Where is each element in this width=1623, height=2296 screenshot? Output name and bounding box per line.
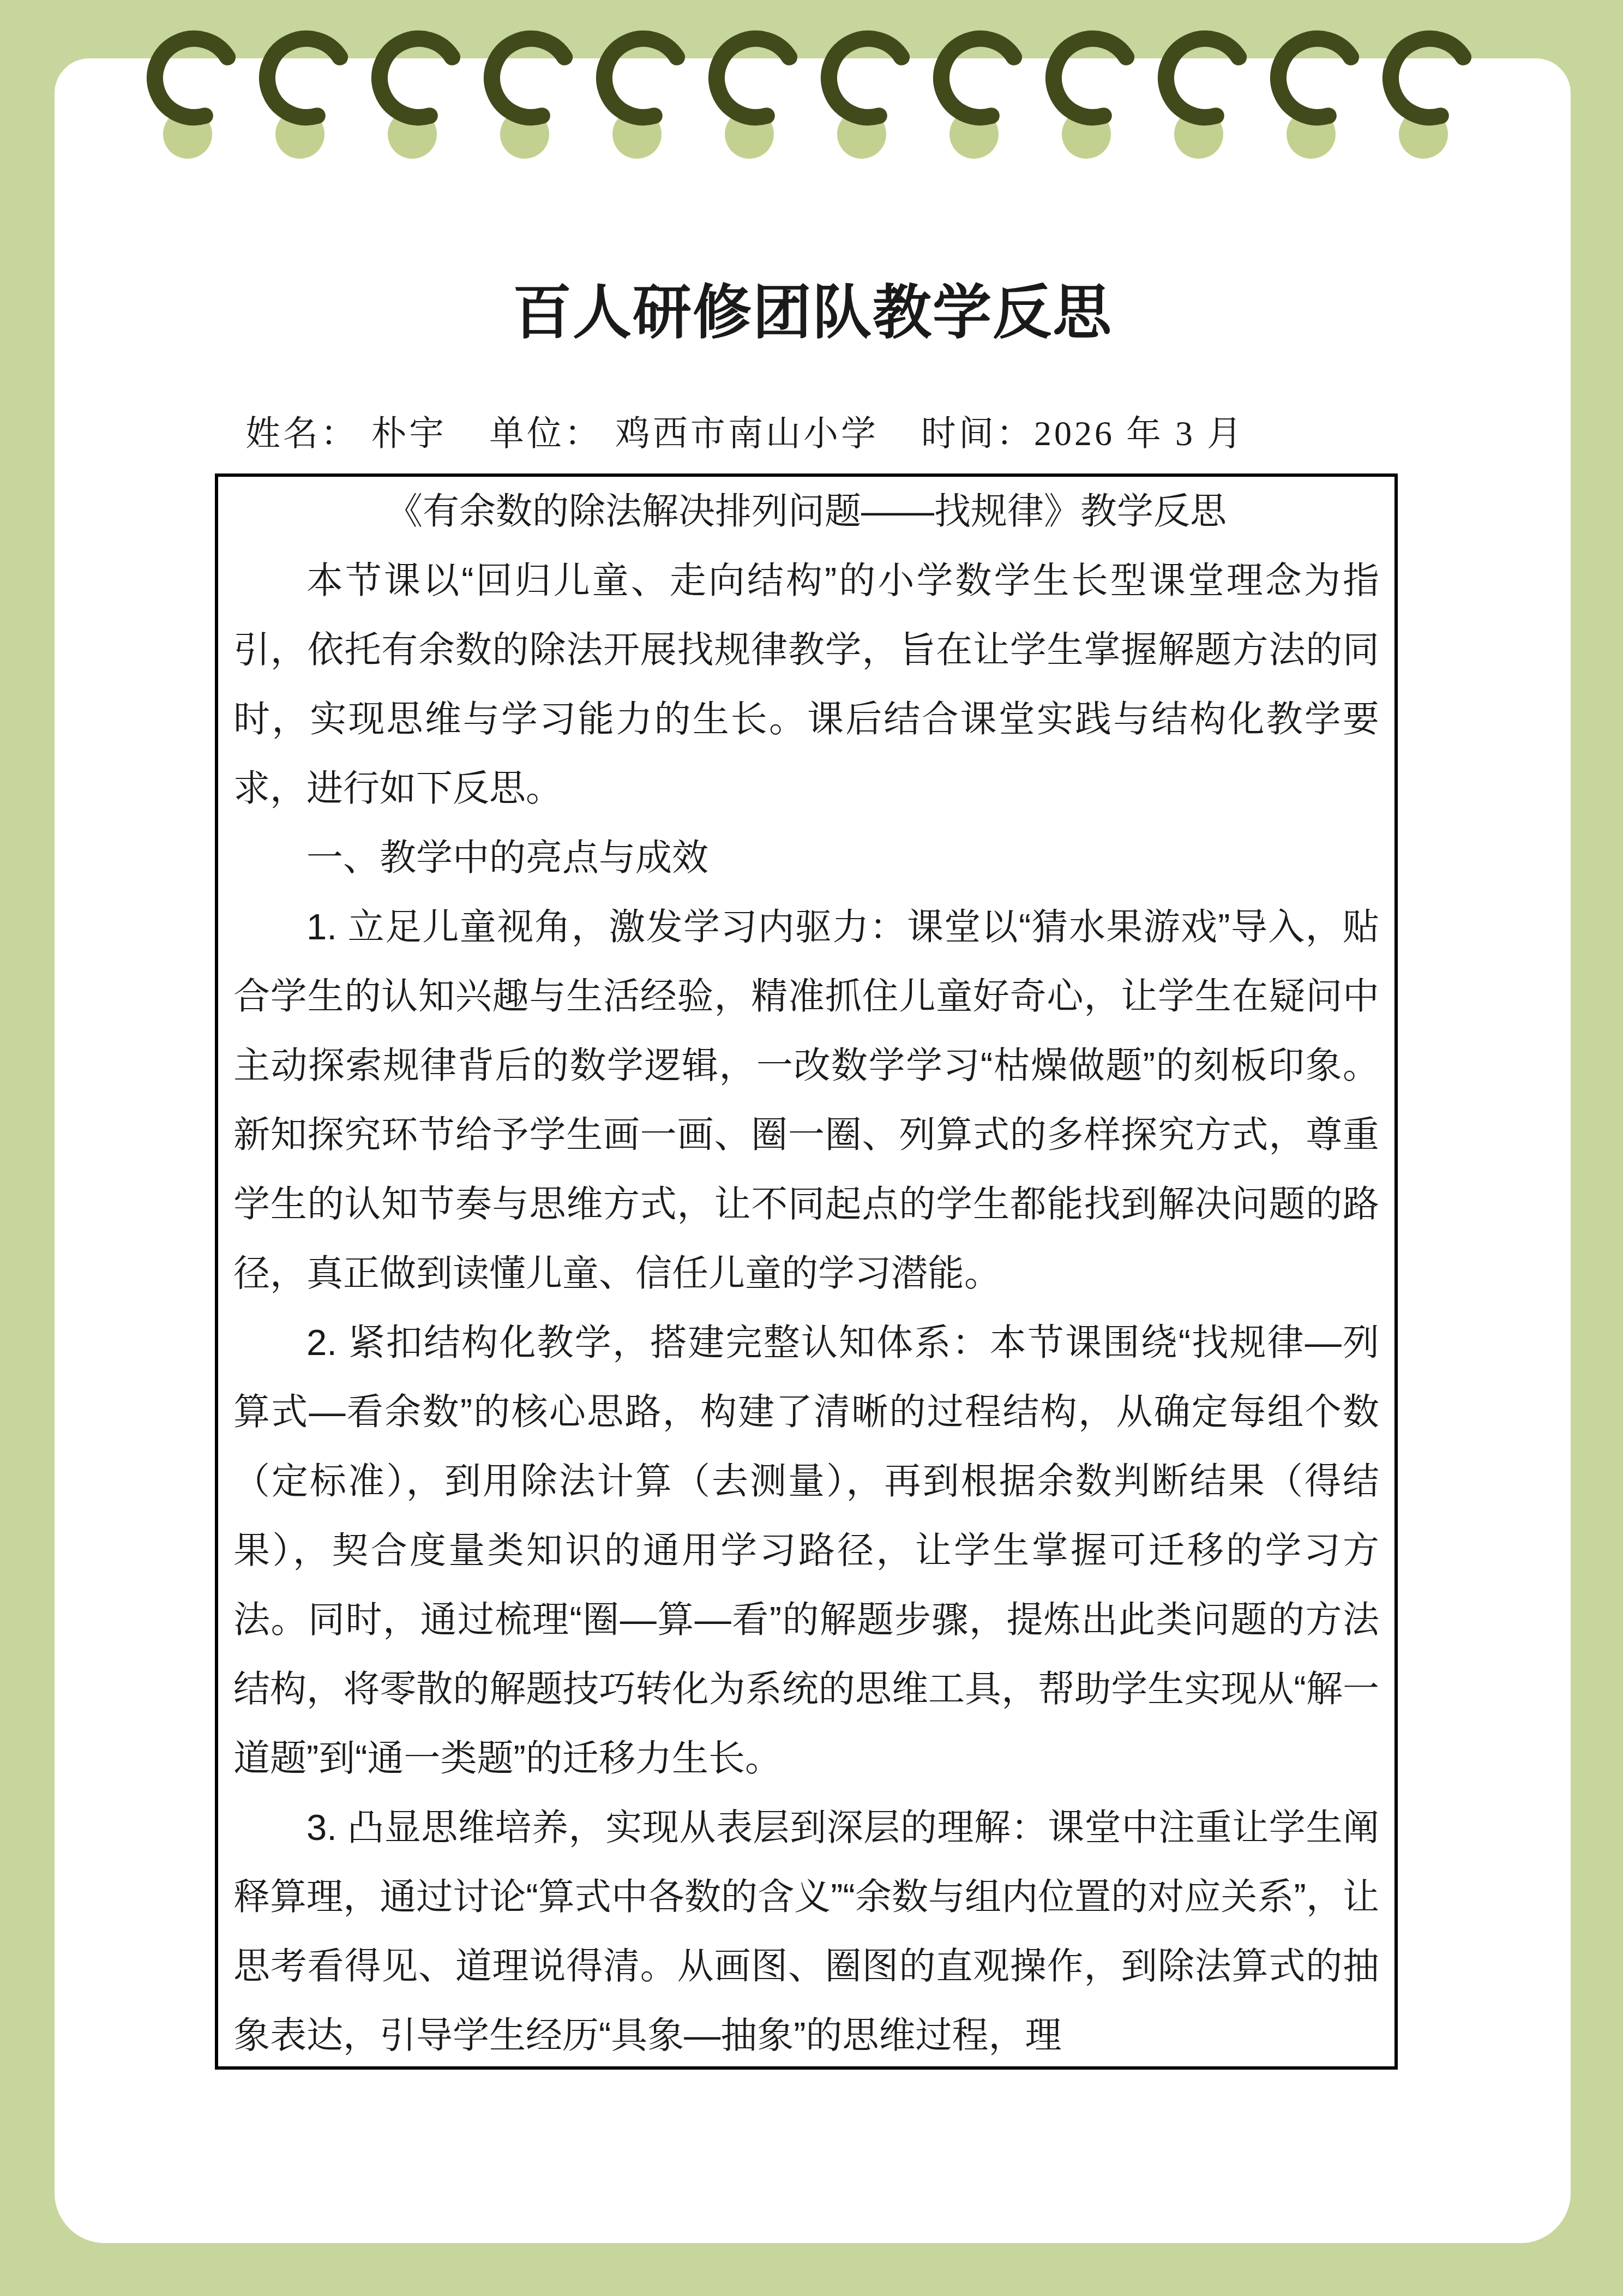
spiral-ring-icon [267,39,340,159]
spiral-ring-icon [829,39,901,159]
reflection-paragraph: 3. 凸显思维培养，实现从表层到深层的理解：课堂中注重让学生阐释算理，通过讨论“… [233,1793,1379,2070]
page-title: 百人研修团队教学反思 [55,277,1571,350]
reflection-paragraph: 1. 立足儿童视角，激发学习内驱力：课堂以“猜水果游戏”导入，贴合学生的认知兴趣… [233,892,1379,1308]
reflection-heading: 《有余数的除法解决排列问题——找规律》教学反思 [233,477,1379,546]
reflection-box: 《有余数的除法解决排列问题——找规律》教学反思 本节课以“回归儿童、走向结构”的… [215,473,1398,2070]
spiral-wire [941,39,1014,117]
spiral-wire [492,39,564,117]
spiral-ring-icon [941,39,1014,159]
spiral-wire [717,39,789,117]
notebook-background: 百人研修团队教学反思 姓名：朴宇单位：鸡西市南山小学时间：2026 年 3 月 … [0,0,1623,2296]
spiral-wire [155,39,227,117]
meta-time-value: 2026 年 3 月 [1034,414,1245,453]
spiral-wire [1166,39,1239,117]
spiral-ring-icon [380,39,452,159]
spiral-ring-icon [1054,39,1126,159]
reflection-paragraph: 2. 紧扣结构化教学，搭建完整认知体系：本节课围绕“找规律—列算式—看余数”的核… [233,1308,1379,1793]
notebook-page: 百人研修团队教学反思 姓名：朴宇单位：鸡西市南山小学时间：2026 年 3 月 … [55,58,1571,2243]
meta-time-label: 时间： [921,414,1034,453]
meta-unit-value: 鸡西市南山小学 [615,414,879,453]
spiral-ring-icon [1391,39,1463,159]
spiral-wire [1054,39,1126,117]
meta-line: 姓名：朴宇单位：鸡西市南山小学时间：2026 年 3 月 [55,410,1571,457]
spiral-wire [267,39,340,117]
spiral-ring-icon [1166,39,1239,159]
reflection-paragraph: 本节课以“回归儿童、走向结构”的小学数学生长型课堂理念为指引，依托有余数的除法开… [233,546,1379,823]
reflection-paragraph: 一、教学中的亮点与成效 [233,823,1379,892]
spiral-ring-icon [1278,39,1351,159]
spiral-binding [0,0,1623,175]
spiral-wire [380,39,452,117]
meta-name-label: 姓名： [245,414,358,453]
spiral-ring-icon [492,39,564,159]
spiral-wire [604,39,677,117]
spiral-ring-icon [717,39,789,159]
meta-name-value: 朴宇 [371,414,447,453]
spiral-wire [829,39,901,117]
spiral-wire [1278,39,1351,117]
meta-unit-label: 单位： [489,414,602,453]
spiral-wire [1391,39,1463,117]
spiral-ring-icon [604,39,677,159]
spiral-ring-icon [155,39,227,159]
